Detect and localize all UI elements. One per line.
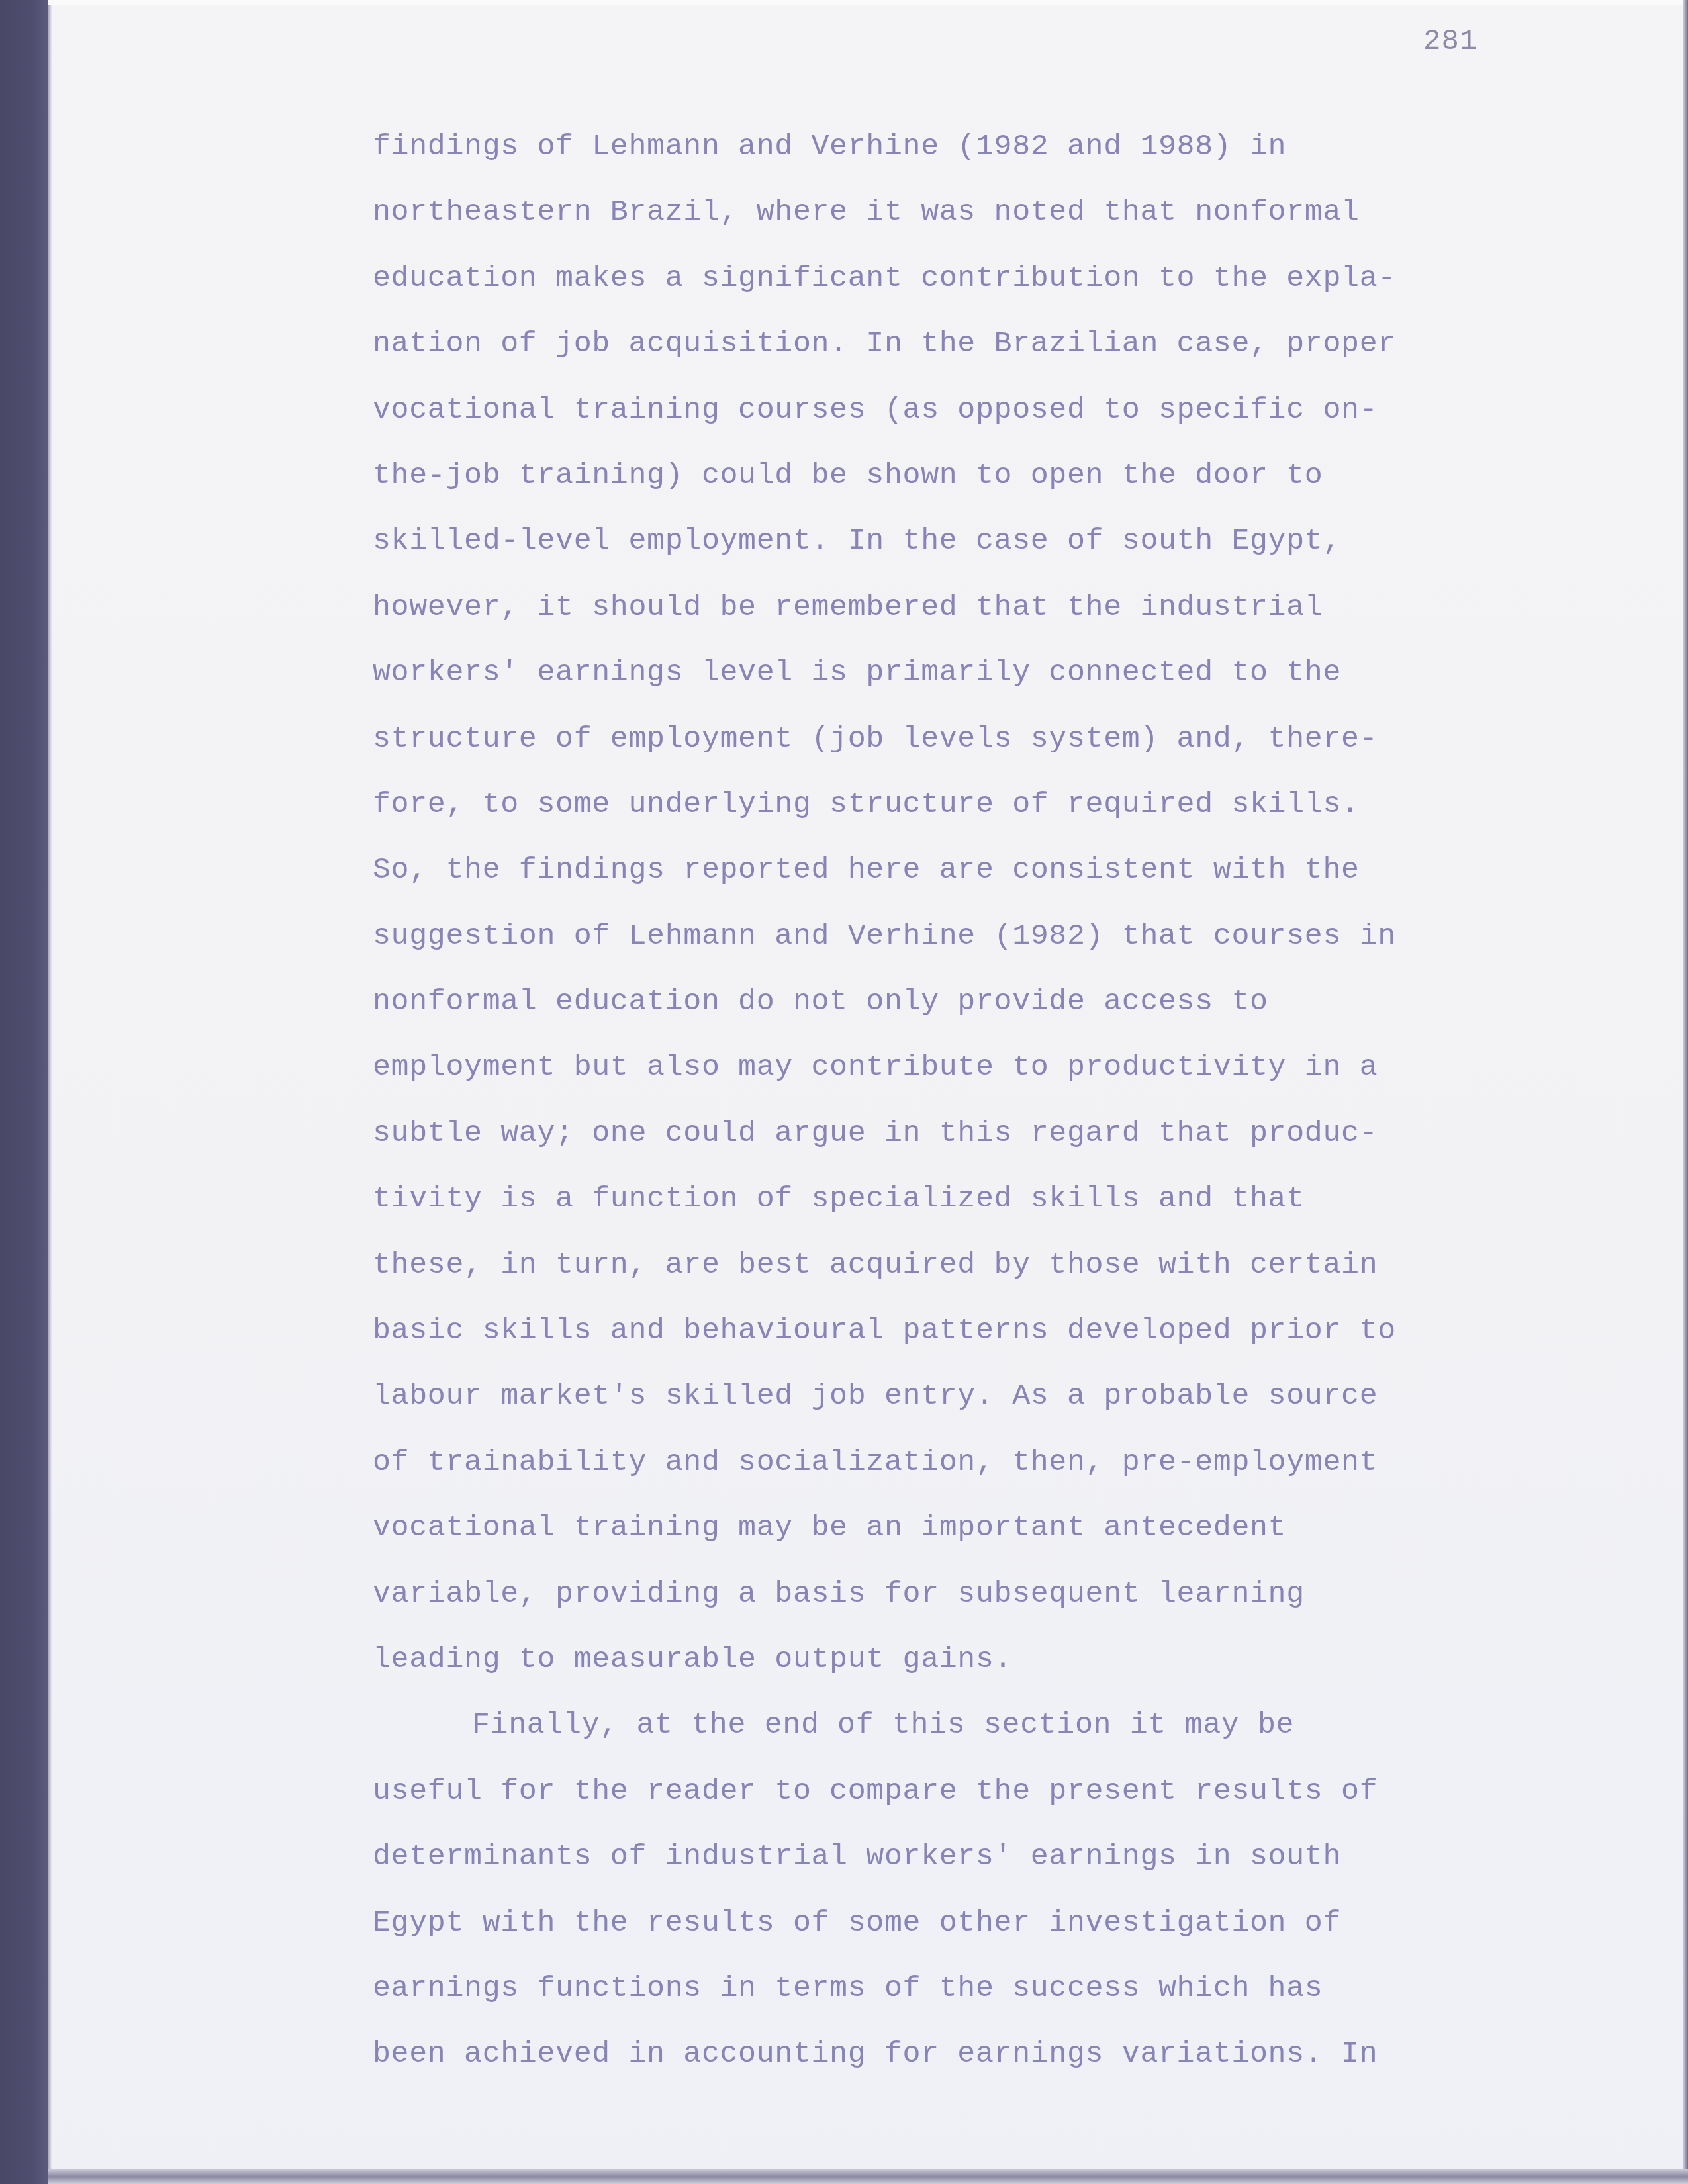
text-line: Finally, at the end of this section it m…: [373, 1692, 1498, 1758]
scan-page-right-edge: [1683, 0, 1688, 2184]
text-line: northeastern Brazil, where it was noted …: [373, 179, 1498, 245]
text-line: nonformal education do not only provide …: [373, 969, 1498, 1034]
text-line: tivity is a function of specialized skil…: [373, 1166, 1498, 1232]
text-line: variable, providing a basis for subseque…: [373, 1561, 1498, 1627]
scan-page-bottom-edge: [48, 2169, 1688, 2184]
text-line: suggestion of Lehmann and Verhine (1982)…: [373, 903, 1498, 969]
text-line: structure of employment (job levels syst…: [373, 706, 1498, 772]
text-line: however, it should be remembered that th…: [373, 574, 1498, 640]
text-line: vocational training courses (as opposed …: [373, 377, 1498, 443]
text-line: findings of Lehmann and Verhine (1982 an…: [373, 114, 1498, 179]
text-line: of trainability and socialization, then,…: [373, 1430, 1498, 1495]
text-line: So, the findings reported here are consi…: [373, 837, 1498, 903]
text-line: employment but also may contribute to pr…: [373, 1034, 1498, 1100]
text-line: earnings functions in terms of the succe…: [373, 1956, 1498, 2021]
page-number: 281: [1423, 25, 1477, 58]
text-line: determinants of industrial workers' earn…: [373, 1824, 1498, 1889]
text-line: education makes a significant contributi…: [373, 246, 1498, 311]
text-line: useful for the reader to compare the pre…: [373, 1758, 1498, 1824]
scan-binding-edge: [0, 0, 48, 2184]
text-line: basic skills and behavioural patterns de…: [373, 1298, 1498, 1363]
text-line: labour market's skilled job entry. As a …: [373, 1363, 1498, 1429]
text-line: these, in turn, are best acquired by tho…: [373, 1232, 1498, 1298]
scan-page-top-edge: [48, 0, 1688, 5]
text-line: fore, to some underlying structure of re…: [373, 772, 1498, 837]
text-line: nation of job acquisition. In the Brazil…: [373, 311, 1498, 377]
body-text: findings of Lehmann and Verhine (1982 an…: [373, 114, 1498, 2087]
text-line: been achieved in accounting for earnings…: [373, 2021, 1498, 2087]
text-line: the-job training) could be shown to open…: [373, 443, 1498, 508]
text-line: Egypt with the results of some other inv…: [373, 1890, 1498, 1956]
text-line: skilled-level employment. In the case of…: [373, 508, 1498, 574]
text-line: workers' earnings level is primarily con…: [373, 640, 1498, 705]
text-line: subtle way; one could argue in this rega…: [373, 1101, 1498, 1166]
text-line: leading to measurable output gains.: [373, 1627, 1498, 1692]
text-line: vocational training may be an important …: [373, 1495, 1498, 1561]
